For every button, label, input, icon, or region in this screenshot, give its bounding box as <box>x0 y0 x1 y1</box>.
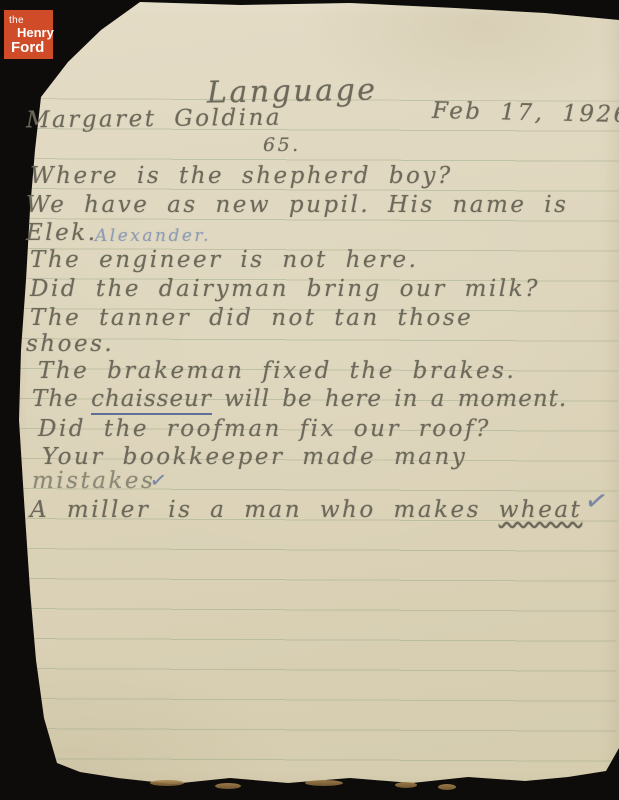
teacher-check-mark: ✓ <box>148 467 168 493</box>
handwritten-line: The tanner did not tan those <box>30 305 473 331</box>
handwritten-line: A miller is a man who makes wheat <box>30 497 582 523</box>
student-name: Margaret Goldina <box>26 105 282 134</box>
exercise-number: 65. <box>263 134 301 156</box>
logo-line2: Ford <box>11 40 44 55</box>
line-segment: will be here in a moment. <box>212 386 567 412</box>
logo-line1: Henry <box>17 26 54 39</box>
handwritten-line: Did the roofman fix our roof? <box>38 416 491 442</box>
handwritten-line: We have as new pupil. His name is <box>26 192 568 218</box>
handwritten-line: mistakes <box>32 468 155 494</box>
handwritten-line: The chaisseur will be here in a moment. <box>32 386 567 412</box>
handwritten-line: The engineer is not here. <box>30 247 418 273</box>
torn-edge-fragment <box>438 784 456 790</box>
torn-edge-fragment <box>395 782 417 788</box>
henry-ford-logo: the Henry Ford <box>4 10 53 59</box>
handwritten-line: Where is the shepherd boy? <box>30 163 453 189</box>
handwritten-line: Your bookkeeper made many <box>42 444 467 470</box>
underlined-word: wheat <box>499 497 583 523</box>
line-segment: The <box>32 386 91 412</box>
torn-edge-fragment <box>305 780 343 786</box>
underlined-word: chaisseur <box>91 386 212 415</box>
scanned-notebook-page: the Henry Ford Language Margaret Goldina… <box>0 0 619 800</box>
handwritten-line: Elek. <box>26 220 98 246</box>
torn-edge-fragment <box>150 780 184 786</box>
handwritten-line: The brakeman fixed the brakes. <box>38 358 516 384</box>
line-segment: A miller is a man who makes <box>30 497 499 523</box>
handwritten-line: shoes. <box>26 331 114 357</box>
handwritten-line: Did the dairyman bring our milk? <box>30 276 540 302</box>
date: Feb 17, 1926 <box>432 98 619 128</box>
teacher-correction: Alexander. <box>95 226 211 246</box>
torn-edge-fragment <box>215 783 241 789</box>
